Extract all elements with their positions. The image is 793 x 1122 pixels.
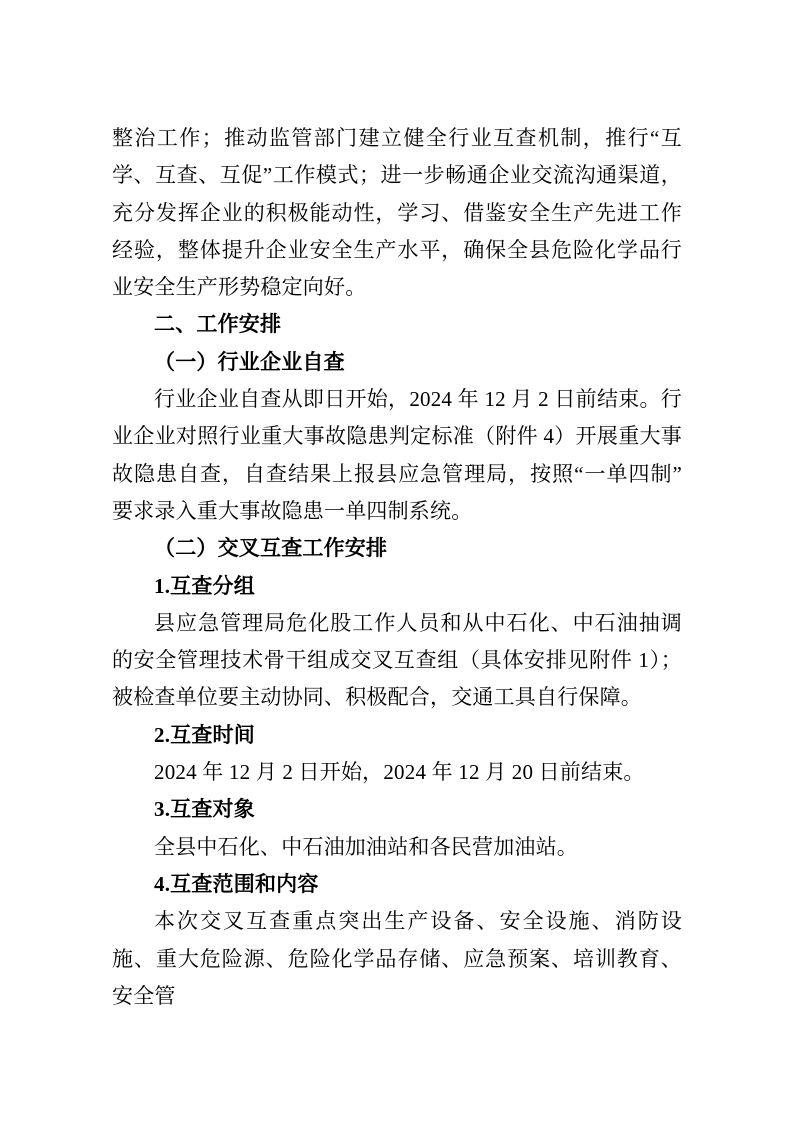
- subsection-heading-cross-inspection: （二）交叉互查工作安排: [112, 530, 682, 567]
- numbered-heading-targets: 3.互查对象: [112, 791, 682, 828]
- paragraph-continuation: 整治工作；推动监管部门建立健全行业互查机制，推行“互学、互查、互促”工作模式；进…: [112, 120, 682, 306]
- document-page: 整治工作；推动监管部门建立健全行业互查机制，推行“互学、互查、互促”工作模式；进…: [0, 0, 793, 1122]
- paragraph: 县应急管理局危化股工作人员和从中石化、中石油抽调的安全管理技术骨干组成交叉互查组…: [112, 605, 682, 717]
- paragraph: 2024 年 12 月 2 日开始，2024 年 12 月 20 日前结束。: [112, 754, 682, 791]
- numbered-heading-grouping: 1.互查分组: [112, 568, 682, 605]
- section-heading-work-arrangement: 二、工作安排: [112, 306, 682, 343]
- numbered-heading-time: 2.互查时间: [112, 717, 682, 754]
- numbered-heading-scope: 4.互查范围和内容: [112, 866, 682, 903]
- paragraph: 行业企业自查从即日开始，2024 年 12 月 2 日前结束。行业企业对照行业重…: [112, 381, 682, 530]
- document-body: 整治工作；推动监管部门建立健全行业互查机制，推行“互学、互查、互促”工作模式；进…: [112, 120, 682, 1015]
- subsection-heading-self-inspection: （一）行业企业自查: [112, 344, 682, 381]
- paragraph: 全县中石化、中石油加油站和各民营加油站。: [112, 829, 682, 866]
- paragraph: 本次交叉互查重点突出生产设备、安全设施、消防设施、重大危险源、危险化学品存储、应…: [112, 903, 682, 1015]
